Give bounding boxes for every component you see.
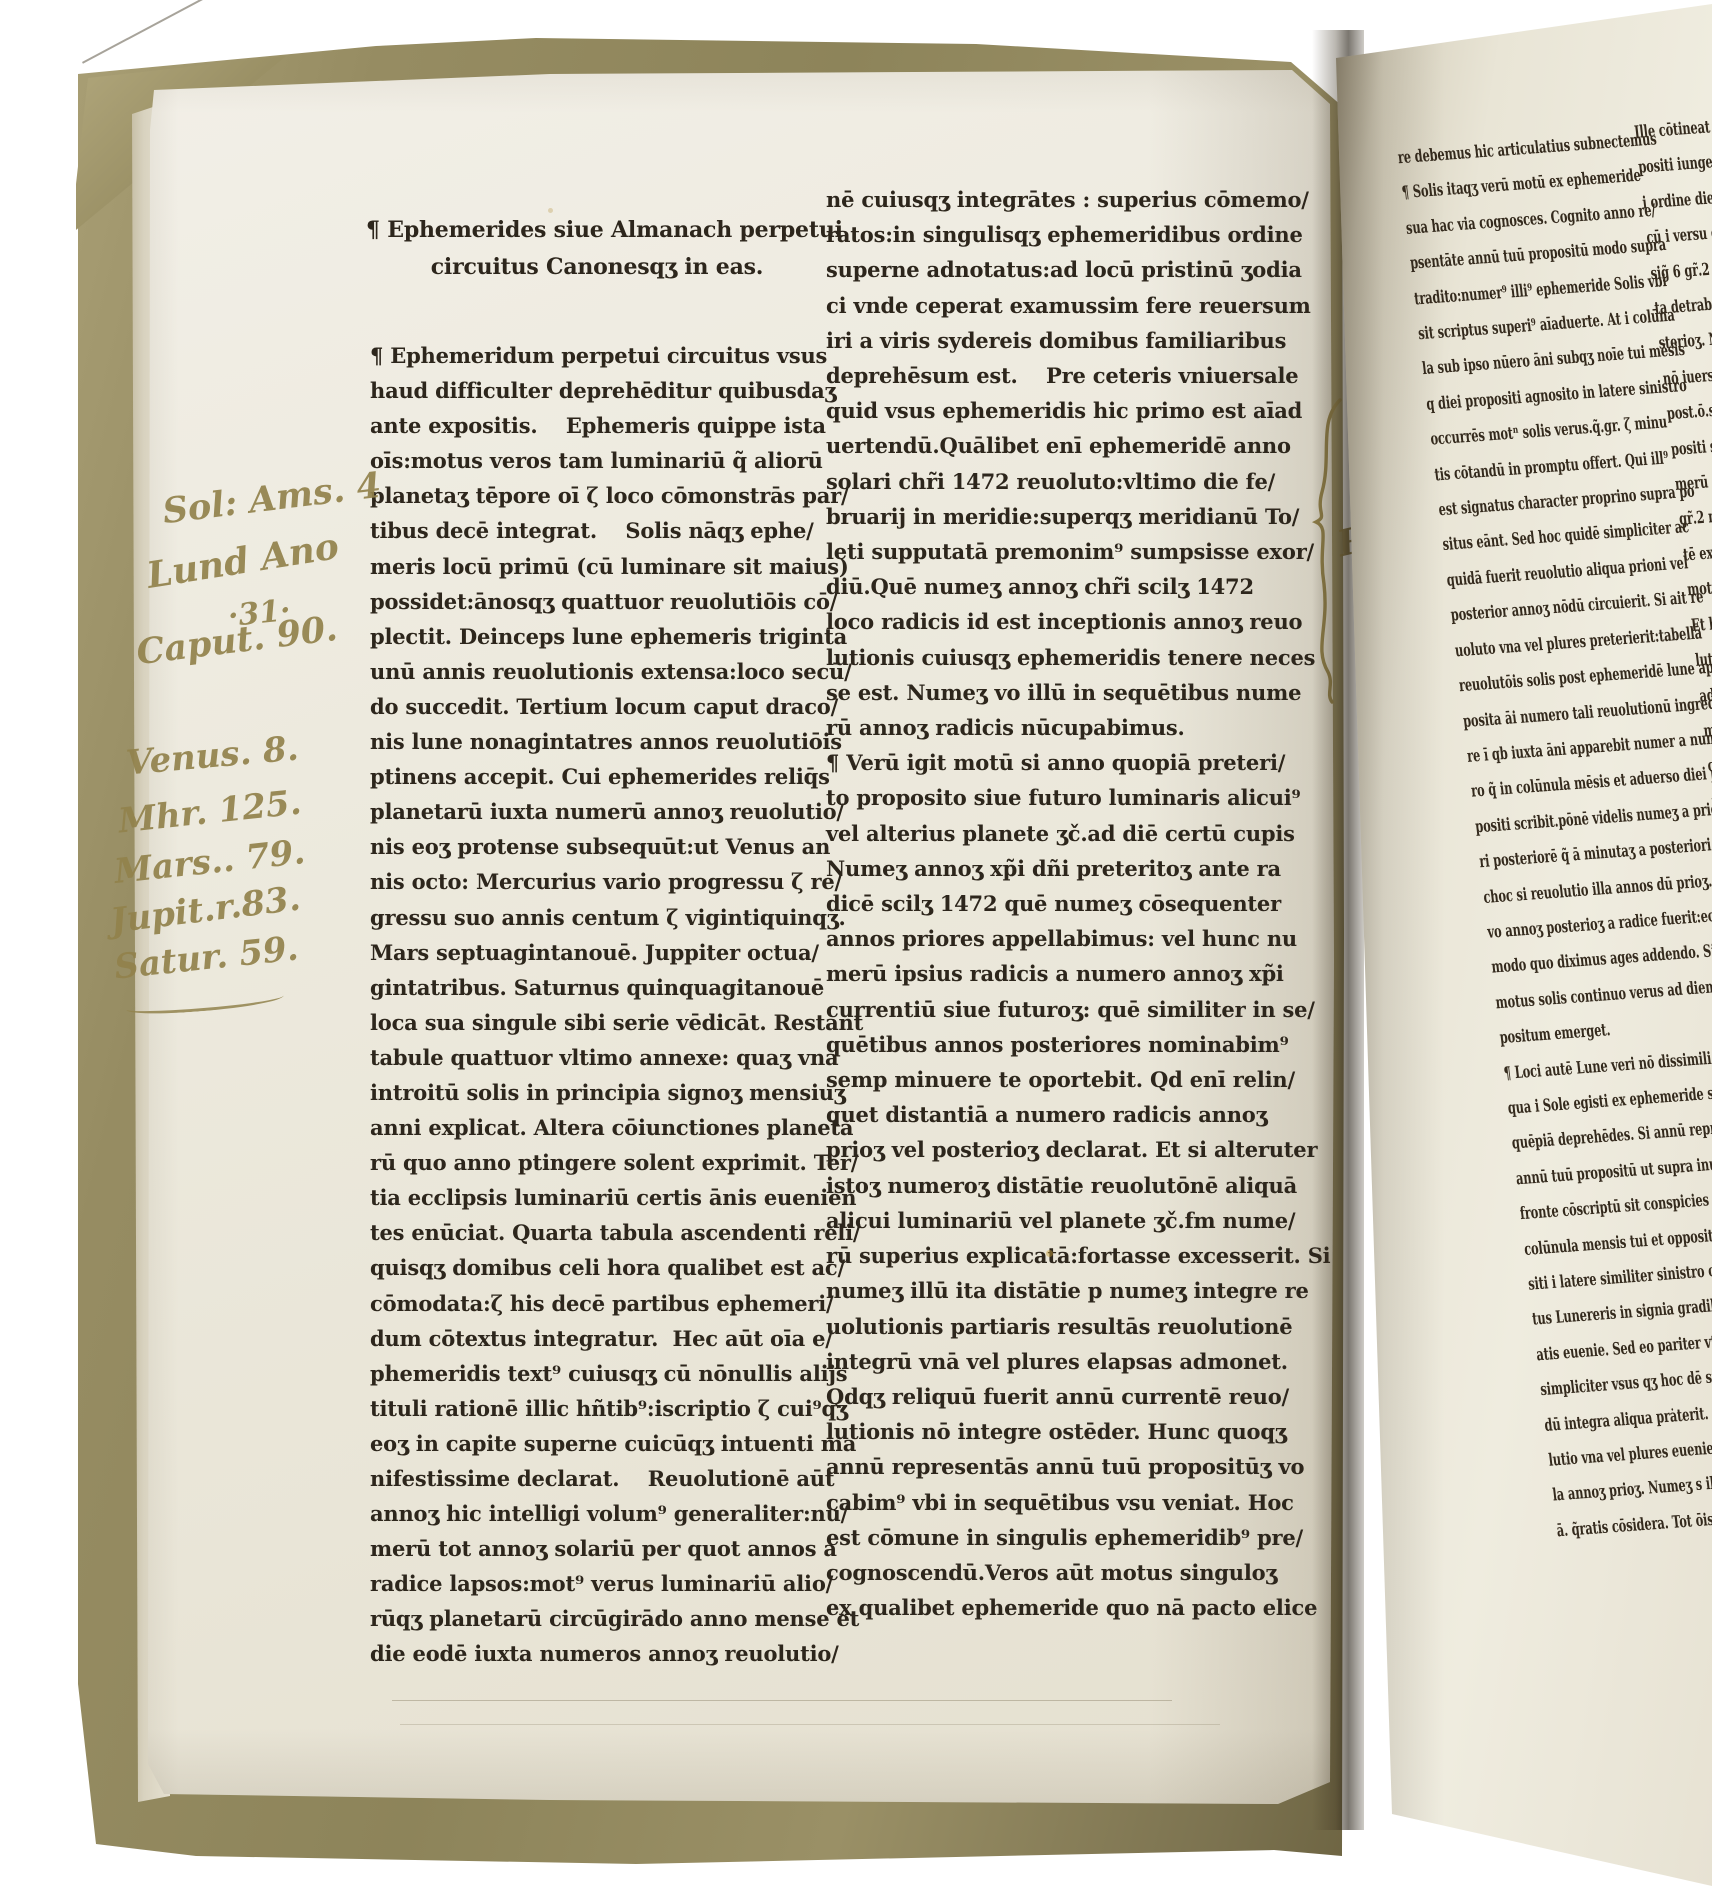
- paper-fold-line: [392, 1700, 1172, 1701]
- vellum-cover-fold-line: [82, 0, 284, 64]
- chapter-heading: ¶ Ephemerides siue Almanach perpetui cir…: [366, 212, 828, 286]
- paper-stain: [642, 1582, 651, 1588]
- left-page-column-2: nē cuiusqʒ integrātes : superius cōmemo/…: [826, 182, 1314, 1625]
- paper-stain: [548, 208, 553, 213]
- book-photograph: ¶ Ephemerides siue Almanach perpetui cir…: [0, 0, 1712, 1890]
- paper-stain: [1046, 1250, 1053, 1257]
- paper-fold-line: [400, 1724, 1220, 1725]
- left-page-column-1: ¶ Ephemeridum perpetui circuitus vsus ha…: [370, 338, 818, 1672]
